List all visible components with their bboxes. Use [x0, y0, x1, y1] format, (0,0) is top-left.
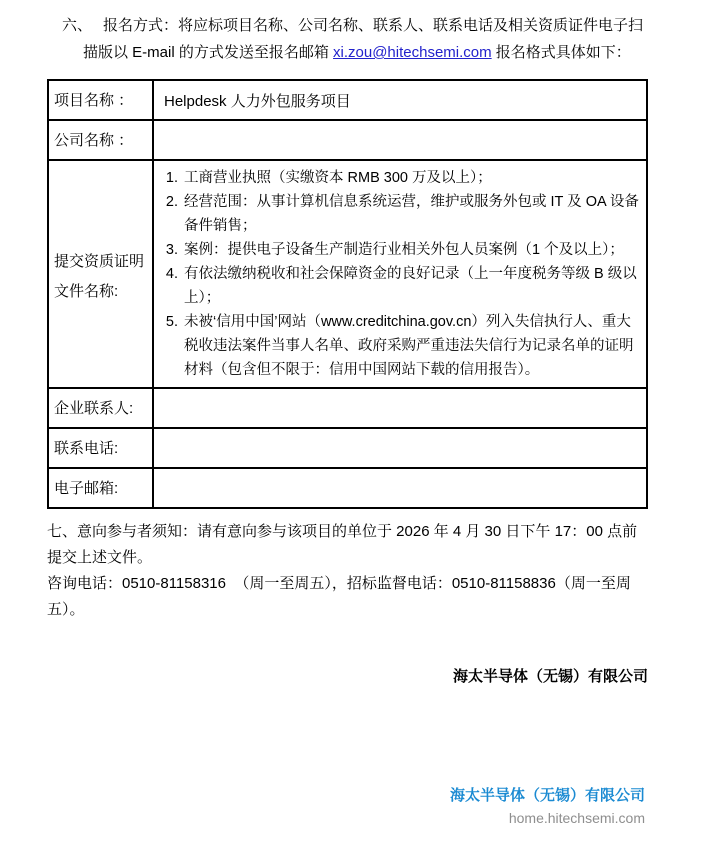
paragraph-participant-notice: 七、意向参与者须知：请有意向参与该项目的单位于 2026 年 4 月 30 日下…: [47, 519, 648, 571]
section-number-six: 六、: [62, 12, 103, 39]
company-name-label: 公司名称 ：: [48, 120, 153, 160]
qualification-documents-label: 提交资质证明文件名称:: [48, 160, 153, 388]
page-footer: 海太半导体（无锡）有限公司 home.hitechsemi.com: [450, 786, 645, 827]
email-link[interactable]: xi.zou@hitechsemi.com: [333, 44, 492, 61]
requirement-item: 工商营业执照（实缴资本 RMB 300 万及以上）；: [182, 166, 644, 190]
email-field: [153, 468, 647, 508]
company-name-field: [153, 120, 647, 160]
footer-website: home.hitechsemi.com: [450, 809, 645, 827]
contact-phone-label: 联系电话:: [48, 428, 153, 468]
inquiry-phone-line: 咨询电话：0510-81158316 （周一至周五），招标监督电话：0510-8…: [47, 571, 648, 623]
table-row-qualification-documents: 提交资质证明文件名称: 工商营业执照（实缴资本 RMB 300 万及以上）； 经…: [48, 160, 647, 388]
contact-person-field: [153, 388, 647, 428]
project-name-value: Helpdesk 人力外包服务项目: [153, 80, 647, 120]
document-page: 六、报名方式：将应标项目名称、公司名称、联系人、联系电话及相关资质证件电子扫描版…: [0, 0, 707, 843]
table-row-company-name: 公司名称 ：: [48, 120, 647, 160]
table-row-email: 电子邮箱:: [48, 468, 647, 508]
requirement-item: 未被‘信用中国’网站（www.creditchina.gov.cn）列入失信执行…: [182, 310, 644, 382]
registration-format-text: 报名格式具体如下：: [492, 44, 631, 61]
table-row-contact-phone: 联系电话:: [48, 428, 647, 468]
contact-phone-field: [153, 428, 647, 468]
paragraph-registration-method: 六、报名方式：将应标项目名称、公司名称、联系人、联系电话及相关资质证件电子扫描版…: [47, 12, 648, 66]
table-row-project-name: 项目名称 ： Helpdesk 人力外包服务项目: [48, 80, 647, 120]
requirement-item: 经营范围：从事计算机信息系统运营，维护或服务外包或 IT 及 OA 设备备件销售…: [182, 190, 644, 238]
qualification-documents-list-cell: 工商营业执照（实缴资本 RMB 300 万及以上）； 经营范围：从事计算机信息系…: [153, 160, 647, 388]
project-name-label: 项目名称 ：: [48, 80, 153, 120]
document-content: 六、报名方式：将应标项目名称、公司名称、联系人、联系电话及相关资质证件电子扫描版…: [0, 0, 707, 686]
qualification-requirements-list: 工商营业执照（实缴资本 RMB 300 万及以上）； 经营范围：从事计算机信息系…: [154, 166, 644, 382]
email-label: 电子邮箱:: [48, 468, 153, 508]
requirement-item: 有依法缴纳税收和社会保障资金的良好记录（上一年度税务等级 B 级以上）；: [182, 262, 644, 310]
contact-person-label: 企业联系人:: [48, 388, 153, 428]
footer-company-name: 海太半导体（无锡）有限公司: [450, 786, 645, 806]
registration-form-table: 项目名称 ： Helpdesk 人力外包服务项目 公司名称 ： 提交资质证明文件…: [47, 79, 648, 509]
table-row-contact-person: 企业联系人:: [48, 388, 647, 428]
company-signature: 海太半导体（无锡）有限公司: [47, 665, 648, 686]
requirement-item: 案例：提供电子设备生产制造行业相关外包人员案例（1 个及以上）；: [182, 238, 644, 262]
